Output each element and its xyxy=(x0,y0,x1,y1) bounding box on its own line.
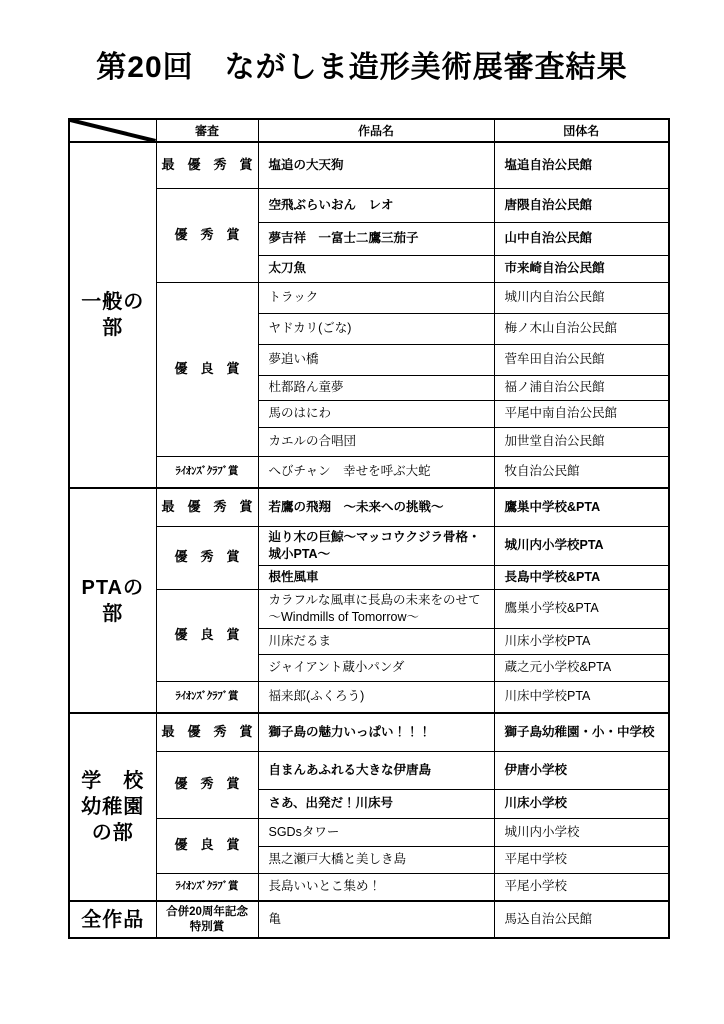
org-cell: 鷹巣小学校&PTA xyxy=(494,589,669,628)
table-row: 優 秀 賞辿り木の巨鯨～マッコウクジラ骨格・城小PTA～城川内小学校PTA xyxy=(69,526,669,565)
work-cell: 夢吉祥 一富士二鷹三茄子 xyxy=(258,222,494,255)
work-cell: 福来郎(ふくろう) xyxy=(258,681,494,713)
org-cell: 城川内小学校PTA xyxy=(494,526,669,565)
org-cell: 馬込自治公民館 xyxy=(494,901,669,938)
org-cell: 山中自治公民館 xyxy=(494,222,669,255)
table-row: 学 校 幼稚園 の部最 優 秀 賞獅子島の魅力いっぱい！！！獅子島幼稚園・小・中… xyxy=(69,713,669,751)
table-row: ﾗｲｵﾝｽﾞｸﾗﾌﾞ賞福来郎(ふくろう)川床中学校PTA xyxy=(69,681,669,713)
org-cell: 蔵之元小学校&PTA xyxy=(494,654,669,681)
work-cell: 黒之瀬戸大橋と美しき島 xyxy=(258,846,494,873)
work-cell: 杜都路ん童夢 xyxy=(258,375,494,400)
award-cell: 優 良 賞 xyxy=(156,818,258,873)
results-tbody: 一般の部最 優 秀 賞塩追の大天狗塩追自治公民館優 秀 賞空飛ぶらいおん レオ唐… xyxy=(69,142,669,938)
category-cell: PTAの部 xyxy=(69,488,156,713)
org-cell: 城川内小学校 xyxy=(494,818,669,846)
award-cell: 優 良 賞 xyxy=(156,282,258,456)
work-cell: 獅子島の魅力いっぱい！！！ xyxy=(258,713,494,751)
org-cell: 唐隈自治公民館 xyxy=(494,188,669,222)
org-cell: 川床小学校PTA xyxy=(494,628,669,654)
award-cell: 優 秀 賞 xyxy=(156,526,258,589)
work-cell: カエルの合唱団 xyxy=(258,427,494,456)
org-cell: 福ノ浦自治公民館 xyxy=(494,375,669,400)
org-cell: 塩追自治公民館 xyxy=(494,142,669,188)
table-row: 一般の部最 優 秀 賞塩追の大天狗塩追自治公民館 xyxy=(69,142,669,188)
award-cell: 優 良 賞 xyxy=(156,589,258,681)
work-cell: ジャイアント蔵小パンダ xyxy=(258,654,494,681)
category-cell: 学 校 幼稚園 の部 xyxy=(69,713,156,901)
work-cell: 夢追い橋 xyxy=(258,344,494,375)
award-cell: 優 秀 賞 xyxy=(156,751,258,818)
page-root: 第20回 ながしま造形美術展審査結果 審査 作品名 団体名 xyxy=(0,0,724,1024)
table-row: 全作品合併20周年記念 特別賞亀馬込自治公民館 xyxy=(69,901,669,938)
work-cell: 自まんあふれる大きな伊唐島 xyxy=(258,751,494,789)
header-work: 作品名 xyxy=(258,119,494,142)
org-cell: 梅ノ木山自治公民館 xyxy=(494,313,669,344)
work-cell: 川床だるま xyxy=(258,628,494,654)
header-award: 審査 xyxy=(156,119,258,142)
work-cell: トラック xyxy=(258,282,494,313)
org-cell: 伊唐小学校 xyxy=(494,751,669,789)
org-cell: 獅子島幼稚園・小・中学校 xyxy=(494,713,669,751)
table-row: ﾗｲｵﾝｽﾞｸﾗﾌﾞ賞長島いいとこ集め！平尾小学校 xyxy=(69,873,669,901)
results-table: 審査 作品名 団体名 一般の部最 優 秀 賞塩追の大天狗塩追自治公民館優 秀 賞… xyxy=(68,118,670,939)
award-cell: ﾗｲｵﾝｽﾞｸﾗﾌﾞ賞 xyxy=(156,456,258,488)
org-cell: 菅牟田自治公民館 xyxy=(494,344,669,375)
work-cell: 太刀魚 xyxy=(258,255,494,282)
table-row: 優 秀 賞空飛ぶらいおん レオ唐隈自治公民館 xyxy=(69,188,669,222)
work-cell: ヤドカリ(ごな) xyxy=(258,313,494,344)
category-cell: 一般の部 xyxy=(69,142,156,488)
award-cell: 最 優 秀 賞 xyxy=(156,142,258,188)
org-cell: 鷹巣中学校&PTA xyxy=(494,488,669,526)
org-cell: 長島中学校&PTA xyxy=(494,565,669,589)
corner-cell xyxy=(69,119,156,142)
org-cell: 城川内自治公民館 xyxy=(494,282,669,313)
award-cell: 最 優 秀 賞 xyxy=(156,713,258,751)
award-cell: 最 優 秀 賞 xyxy=(156,488,258,526)
table-row: PTAの部最 優 秀 賞若鷹の飛翔 ～未来への挑戦～鷹巣中学校&PTA xyxy=(69,488,669,526)
award-cell: ﾗｲｵﾝｽﾞｸﾗﾌﾞ賞 xyxy=(156,681,258,713)
work-cell: さあ、出発だ！川床号 xyxy=(258,789,494,818)
work-cell: 馬のはにわ xyxy=(258,400,494,427)
award-cell: 優 秀 賞 xyxy=(156,188,258,282)
org-cell: 牧自治公民館 xyxy=(494,456,669,488)
org-cell: 平尾小学校 xyxy=(494,873,669,901)
work-cell: 塩追の大天狗 xyxy=(258,142,494,188)
table-row: 優 秀 賞自まんあふれる大きな伊唐島伊唐小学校 xyxy=(69,751,669,789)
table-row: 優 良 賞カラフルな風車に長島の未来をのせて ～Windmills of Tom… xyxy=(69,589,669,628)
work-cell: SGDsタワー xyxy=(258,818,494,846)
table-row: ﾗｲｵﾝｽﾞｸﾗﾌﾞ賞へびチャン 幸せを呼ぶ大蛇牧自治公民館 xyxy=(69,456,669,488)
table-row: 優 良 賞トラック城川内自治公民館 xyxy=(69,282,669,313)
org-cell: 市来崎自治公民館 xyxy=(494,255,669,282)
header-row: 審査 作品名 団体名 xyxy=(69,119,669,142)
org-cell: 加世堂自治公民館 xyxy=(494,427,669,456)
award-cell: ﾗｲｵﾝｽﾞｸﾗﾌﾞ賞 xyxy=(156,873,258,901)
org-cell: 川床小学校 xyxy=(494,789,669,818)
table-row: 優 良 賞SGDsタワー城川内小学校 xyxy=(69,818,669,846)
header-org: 団体名 xyxy=(494,119,669,142)
org-cell: 川床中学校PTA xyxy=(494,681,669,713)
work-cell: へびチャン 幸せを呼ぶ大蛇 xyxy=(258,456,494,488)
work-cell: 長島いいとこ集め！ xyxy=(258,873,494,901)
org-cell: 平尾中南自治公民館 xyxy=(494,400,669,427)
work-cell: 若鷹の飛翔 ～未来への挑戦～ xyxy=(258,488,494,526)
page-title: 第20回 ながしま造形美術展審査結果 xyxy=(0,42,724,86)
org-cell: 平尾中学校 xyxy=(494,846,669,873)
work-cell: 辿り木の巨鯨～マッコウクジラ骨格・城小PTA～ xyxy=(258,526,494,565)
diagonal-line-icon xyxy=(70,120,156,141)
work-cell: 亀 xyxy=(258,901,494,938)
category-cell: 全作品 xyxy=(69,901,156,938)
award-cell: 合併20周年記念 特別賞 xyxy=(156,901,258,938)
results-sheet: 審査 作品名 団体名 一般の部最 優 秀 賞塩追の大天狗塩追自治公民館優 秀 賞… xyxy=(68,118,670,939)
work-cell: カラフルな風車に長島の未来をのせて ～Windmills of Tomorrow… xyxy=(258,589,494,628)
work-cell: 空飛ぶらいおん レオ xyxy=(258,188,494,222)
work-cell: 根性風車 xyxy=(258,565,494,589)
